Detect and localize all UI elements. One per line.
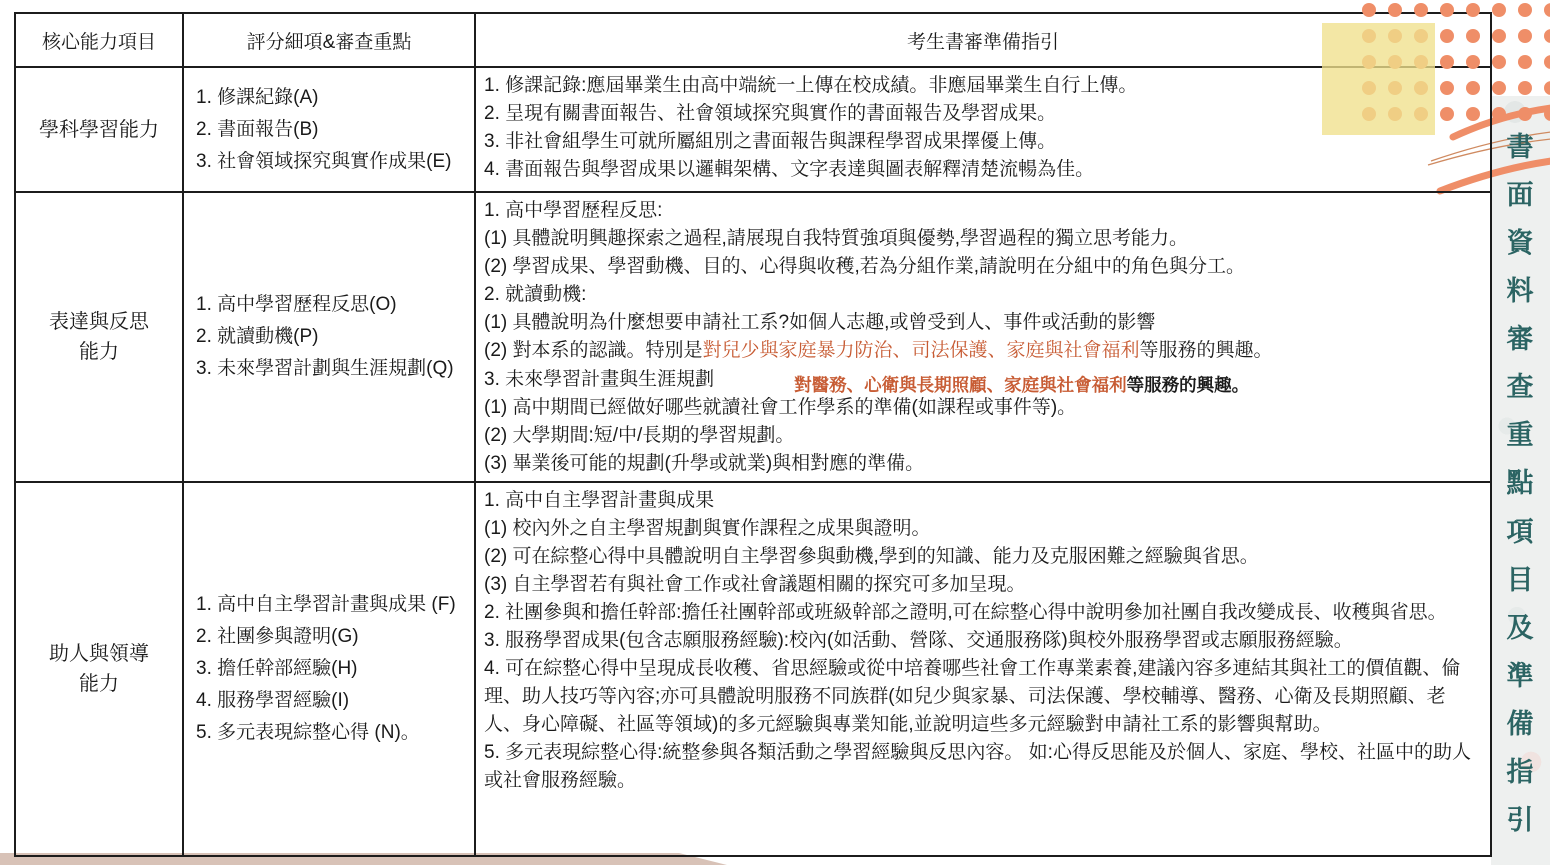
guide-line: (1) 具體說明為什麼想要申請社工系?如個人志趣,或曾受到人、事件或活動的影響 — [484, 309, 1482, 337]
guide-line: (2) 對本系的認識。特別是對兒少與家庭暴力防治、司法保護、家庭與社會福利等服務… — [484, 337, 1482, 365]
criteria-cell: 1. 修課紀錄(A)2. 書面報告(B)3. 社會領域探究與實作成果(E) — [183, 67, 475, 192]
table-row: 助人與領導 能力1. 高中自主學習計畫與成果 (F)2. 社團參與證明(G)3.… — [15, 482, 1491, 856]
criteria-item: 1. 修課紀錄(A) — [196, 82, 470, 114]
ability-cell: 助人與領導 能力 — [15, 482, 183, 856]
ability-cell: 表達與反思 能力 — [15, 192, 183, 482]
guide-line: (1) 高中期間已經做好哪些就讀社會工作學系的準備(如課程或事件等)。 — [484, 394, 1482, 422]
guide-line: 2. 就讀動機: — [484, 281, 1482, 309]
guide-line: (2) 大學期間:短/中/長期的學習規劃。 — [484, 422, 1482, 450]
guide-line: 4. 書面報告與學習成果以邏輯架構、文字表達與圖表解釋清楚流暢為佳。 — [484, 156, 1482, 184]
review-guide-table: 核心能力項目 評分細項&審查重點 考生書審準備指引 學科學習能力1. 修課紀錄(… — [14, 12, 1492, 857]
table-row: 學科學習能力1. 修課紀錄(A)2. 書面報告(B)3. 社會領域探究與實作成果… — [15, 67, 1491, 192]
header-core-ability: 核心能力項目 — [15, 13, 183, 67]
header-scoring-details: 評分細項&審查重點 — [183, 13, 475, 67]
guide-line: 3. 服務學習成果(包含志願服務經驗):校內(如活動、營隊、交通服務隊)與校外服… — [484, 627, 1482, 655]
guide-line: 1. 高中學習歷程反思: — [484, 197, 1482, 225]
guide-line: (2) 學習成果、學習動機、目的、心得與收穫,若為分組作業,請說明在分組中的角色… — [484, 253, 1482, 281]
criteria-cell: 1. 高中學習歷程反思(O)2. 就讀動機(P)3. 未來學習計劃與生涯規劃(Q… — [183, 192, 475, 482]
ability-cell: 學科學習能力 — [15, 67, 183, 192]
guide-line: 2. 社團參與和擔任幹部:擔任社團幹部或班級幹部之證明,可在綜整心得中說明參加社… — [484, 599, 1482, 627]
guide-line: (3) 自主學習若有與社會工作或社會議題相關的探究可多加呈現。 — [484, 571, 1482, 599]
criteria-item: 2. 書面報告(B) — [196, 114, 470, 146]
guide-line: (3) 畢業後可能的規劃(升學或就業)與相對應的準備。 — [484, 450, 1482, 478]
vertical-title: 書面資料審查重點項目及準備指引 — [1492, 134, 1548, 834]
guide-line: 3. 未來學習計畫與生涯規劃對醫務、心衛與長期照顧、家庭與社會福利等服務的興趣。 — [484, 365, 1482, 394]
criteria-item: 1. 高中自主學習計畫與成果 (F) — [196, 589, 470, 621]
criteria-cell: 1. 高中自主學習計畫與成果 (F)2. 社團參與證明(G)3. 擔任幹部經驗(… — [183, 482, 475, 856]
guide-line: 1. 高中自主學習計畫與成果 — [484, 487, 1482, 515]
page: 核心能力項目 評分細項&審查重點 考生書審準備指引 學科學習能力1. 修課紀錄(… — [0, 0, 1550, 865]
guide-line: (1) 具體說明興趣探索之過程,請展現自我特質強項與優勢,學習過程的獨立思考能力… — [484, 225, 1482, 253]
criteria-item: 2. 就讀動機(P) — [196, 321, 470, 353]
criteria-item: 1. 高中學習歷程反思(O) — [196, 289, 470, 321]
guide-line: 4. 可在綜整心得中呈現成長收穫、省思經驗或從中培養哪些社會工作專業素養,建議內… — [484, 655, 1482, 739]
guide-line: 5. 多元表現綜整心得:統整參與各類活動之學習經驗與反思內容。 如:心得反思能及… — [484, 739, 1482, 795]
header-row: 核心能力項目 評分細項&審查重點 考生書審準備指引 — [15, 13, 1491, 67]
criteria-item: 2. 社團參與證明(G) — [196, 621, 470, 653]
criteria-item: 5. 多元表現綜整心得 (N)。 — [196, 717, 470, 749]
table-row: 表達與反思 能力1. 高中學習歷程反思(O)2. 就讀動機(P)3. 未來學習計… — [15, 192, 1491, 482]
guide-cell: 1. 高中自主學習計畫與成果(1) 校內外之自主學習規劃與實作課程之成果與證明。… — [475, 482, 1491, 856]
criteria-item: 4. 服務學習經驗(I) — [196, 685, 470, 717]
yellow-square-decoration — [1322, 23, 1435, 135]
guide-line: (1) 校內外之自主學習規劃與實作課程之成果與證明。 — [484, 515, 1482, 543]
guide-cell: 1. 高中學習歷程反思:(1) 具體說明興趣探索之過程,請展現自我特質強項與優勢… — [475, 192, 1491, 482]
criteria-item: 3. 擔任幹部經驗(H) — [196, 653, 470, 685]
criteria-item: 3. 未來學習計劃與生涯規劃(Q) — [196, 353, 470, 385]
guide-line: (2) 可在綜整心得中具體說明自主學習參與動機,學到的知識、能力及克服困難之經驗… — [484, 543, 1482, 571]
criteria-item: 3. 社會領域探究與實作成果(E) — [196, 146, 470, 178]
